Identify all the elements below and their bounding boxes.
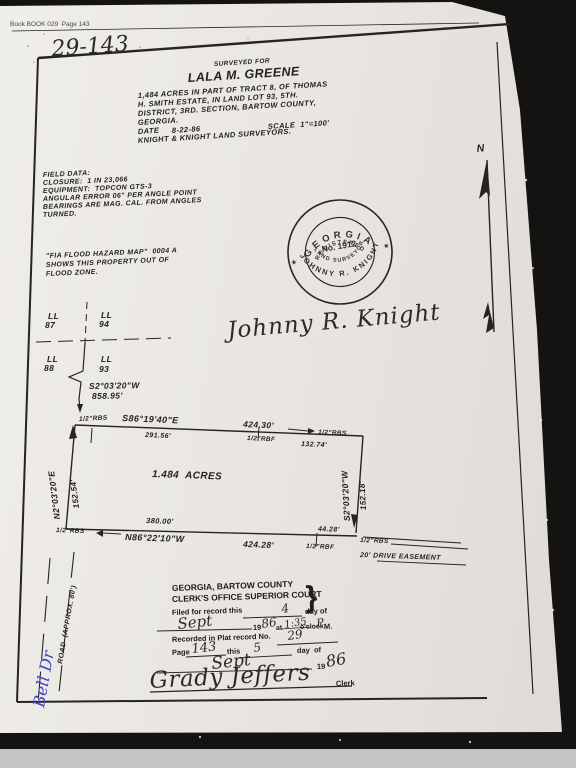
east-boundary-distance: 152.18' [357, 480, 368, 510]
north-monument-west: 1/2"RBS [79, 414, 108, 423]
north-monument-mid: 1/2"RBF [247, 435, 276, 443]
tie-distance: 858.95' [92, 390, 124, 401]
filed-day-handwritten: 4 [279, 601, 290, 616]
page-day-of: day of [297, 645, 322, 655]
north-boundary-total: 424.30' [242, 419, 275, 430]
border-right [497, 42, 533, 694]
north-segment-west: 291.56' [144, 432, 171, 440]
record-no-handwritten: 29 [285, 627, 303, 643]
page-label: Page [172, 647, 190, 657]
east-boundary-bearing: S2°03'20"W [339, 470, 352, 522]
road-label: ROAD (APPROX. 80') [57, 584, 78, 664]
ll-se-num: 93 [99, 364, 109, 374]
west-boundary-line [66, 425, 75, 529]
filed-day-of: day of [305, 606, 328, 616]
border-bottom [17, 698, 487, 702]
ll-line-vertical [85, 302, 87, 343]
south-monument-west: 1/2"RBS [56, 527, 85, 535]
ll-line-horizontal [36, 338, 171, 342]
surveyor-seal: GEORGIA REGISTERED No. 1912 LAND SURVEYO… [280, 192, 400, 312]
border-left [17, 58, 38, 702]
south-boundary-bearing: N86°22'10"W [125, 532, 186, 544]
north-segment-east: 132.74' [301, 441, 327, 449]
seal-star-left-icon: ★ [291, 259, 298, 267]
m-label: M. [324, 622, 333, 631]
north-dim-arrowhead-icon [308, 428, 315, 434]
year2-handwritten: 86 [324, 649, 347, 671]
north-boundary-bearing: S86°19'40"E [122, 413, 179, 425]
flood-note-line-3: FLOOD ZONE. [46, 269, 98, 278]
west-boundary-distance: 152.54' [68, 478, 81, 509]
ll-se-label: LL [101, 354, 112, 364]
easement-underline [377, 561, 466, 565]
north-arrow: N [476, 142, 494, 333]
west-up-arrowhead-icon [69, 425, 77, 439]
tie-bearing: S2°03'20"W [89, 380, 141, 391]
north-arrowhead-icon [479, 159, 490, 199]
seal-star-right-icon: ★ [383, 242, 390, 250]
south-dim-arrowhead-icon [96, 530, 103, 537]
ll-sw-num: 88 [44, 363, 54, 373]
north-label: N [476, 142, 485, 155]
surveyor-signature: Johnny R. Knight [222, 299, 441, 344]
month-handwritten: Sept [177, 611, 214, 633]
west-boundary-bearing: N2°03'20"E [46, 470, 62, 520]
south-boundary-total: 424.28' [242, 539, 275, 550]
surveyor-firm: KNIGHT & KNIGHT LAND SURVEYORS. [138, 127, 292, 145]
south-segment-east: 44.28' [317, 526, 340, 534]
west-corner-tick [91, 428, 92, 443]
north-monument-east: 1/2"RBS [318, 429, 347, 437]
tie-line-path [69, 343, 85, 399]
land-lot-cross: LL 87 LL 94 LL 88 LL 93 [36, 302, 171, 374]
south-dim-arrow-shaft [103, 533, 121, 534]
tie-arrowhead-icon [77, 404, 83, 413]
year2-prefix: 19 [317, 662, 326, 671]
this-day-handwritten: 5 [252, 640, 262, 655]
south-interior-distance: 380.00' [146, 516, 174, 526]
year-prefix: 19 [253, 623, 262, 632]
field-data-line-6: TURNED. [43, 211, 77, 219]
handwritten-book-page-ref: 29-143 [50, 32, 130, 62]
at-label: at [276, 625, 283, 632]
clerk-signature: Grady Jeffers [149, 660, 311, 694]
ll-ne-num: 94 [99, 319, 109, 329]
plat-drawing: Book BOOK 029 Page 143 29-143 SURVEYED F… [0, 0, 576, 768]
drive-easement-label: 20' DRIVE EASEMENT [359, 552, 441, 562]
south-monument-mid: 1/2"RBF [306, 543, 335, 551]
parcel-area-label: 1.484 ACRES [152, 469, 222, 482]
easement-monument-rule [391, 544, 468, 549]
south-boundary-line [66, 529, 357, 536]
street-name-handwritten: Bell Dr [29, 648, 58, 710]
ll-nw-num: 87 [45, 320, 56, 330]
clerk-certificate: GEORGIA, BARTOW COUNTY CLERK'S OFFICE SU… [149, 579, 356, 694]
seal-outer-ring [280, 192, 400, 312]
road: ROAD (APPROX. 80') Bell Dr [29, 552, 78, 710]
north-dim-arrow-shaft [288, 429, 308, 431]
book-page-stamp: Book BOOK 029 Page 143 [10, 21, 90, 28]
record-no-rule [277, 642, 338, 645]
